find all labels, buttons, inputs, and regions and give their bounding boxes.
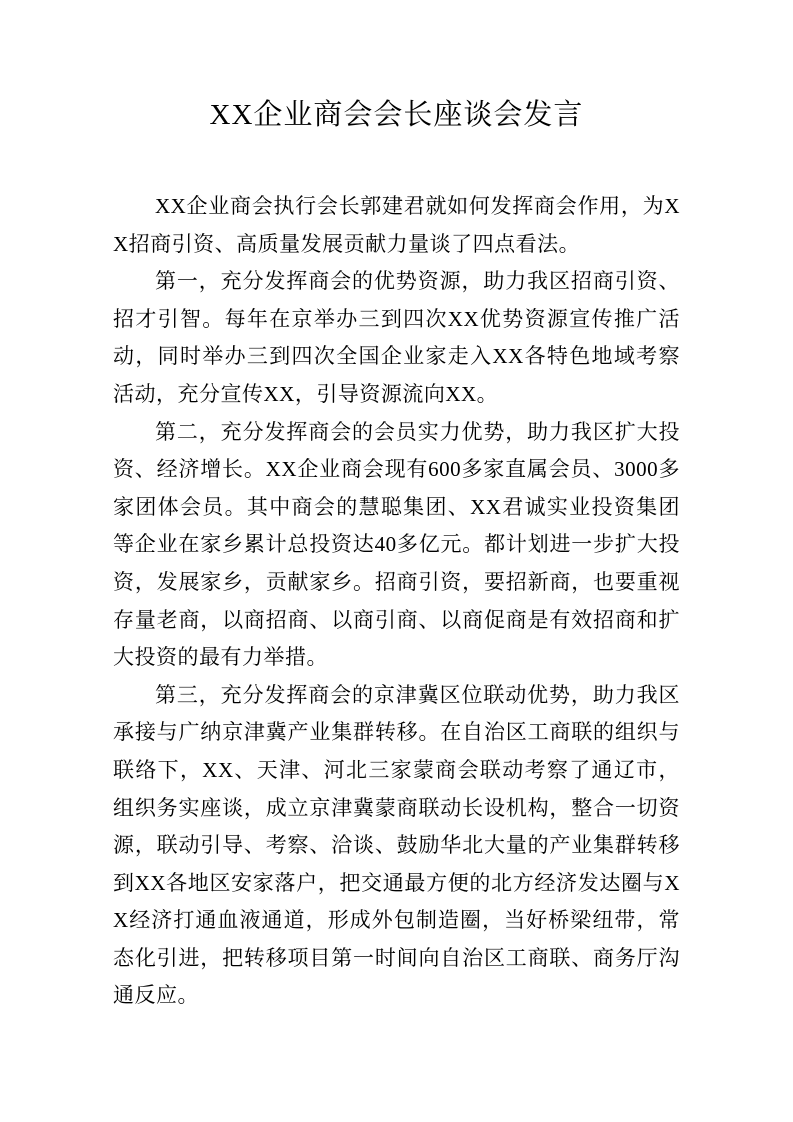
- document-title: XX企业商会会长座谈会发言: [113, 92, 680, 138]
- paragraph: 第二，充分发挥商会的会员实力优势，助力我区扩大投资、经济增长。XX企业商会现有6…: [113, 414, 680, 677]
- paragraph: 第一，充分发挥商会的优势资源，助力我区招商引资、招才引智。每年在京举办三到四次X…: [113, 263, 680, 413]
- paragraph: XX企业商会执行会长郭建君就如何发挥商会作用，为XX招商引资、高质量发展贡献力量…: [113, 188, 680, 263]
- document-page: XX企业商会会长座谈会发言 XX企业商会执行会长郭建君就如何发挥商会作用，为XX…: [0, 0, 793, 1122]
- paragraph: 第三，充分发挥商会的京津冀区位联动优势，助力我区承接与广纳京津冀产业集群转移。在…: [113, 677, 680, 1015]
- document-body: XX企业商会执行会长郭建君就如何发挥商会作用，为XX招商引资、高质量发展贡献力量…: [113, 188, 680, 1015]
